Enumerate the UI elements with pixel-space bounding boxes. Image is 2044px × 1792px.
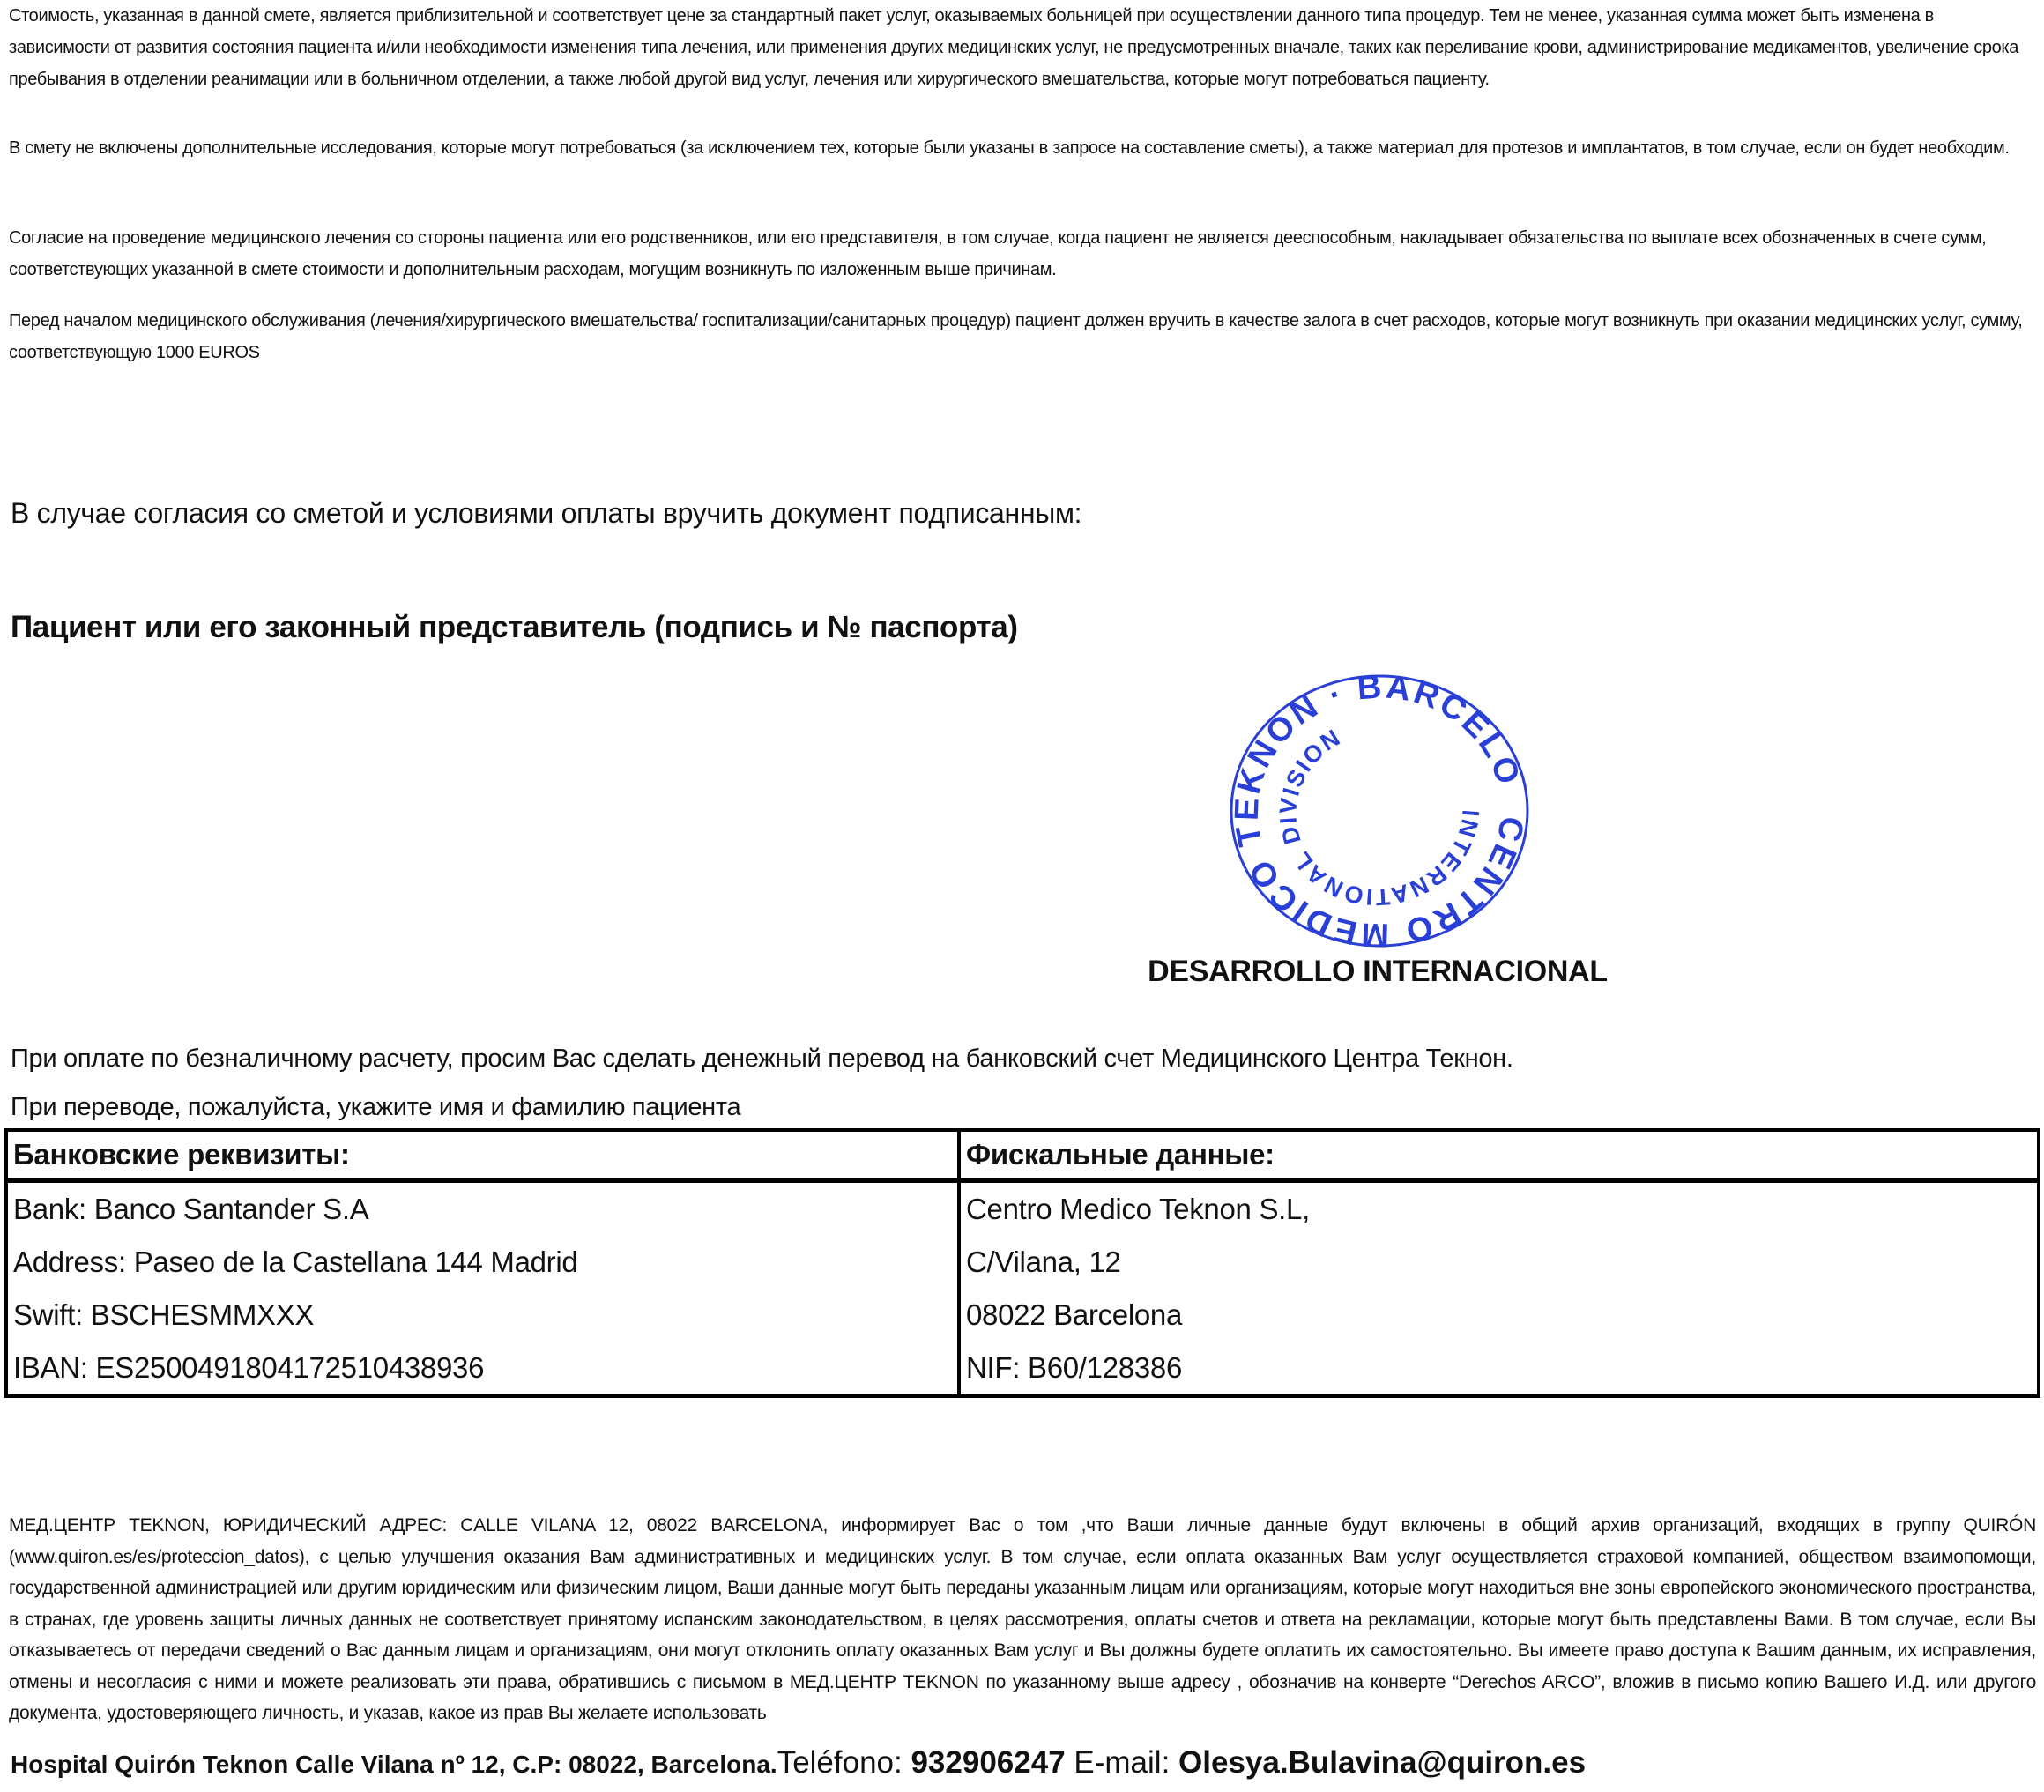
table-header-row: Банковские реквизиты: Фискальные данные:	[6, 1130, 2039, 1180]
paragraph-text: В смету не включены дополнительные иссле…	[9, 132, 2036, 164]
fiscal-data-header: Фискальные данные:	[959, 1130, 2039, 1180]
table-row: Address: Paseo de la Castellana 144 Madr…	[6, 1236, 2039, 1289]
paragraph-text: Перед началом медицинского обслуживания …	[9, 305, 2036, 368]
table-row: Bank: Banco Santander S.A Centro Medico …	[6, 1180, 2039, 1236]
estimate-note-deposit: Перед началом медицинского обслуживания …	[9, 305, 2036, 368]
contact-footer: Hospital Quirón Teknon Calle Vilana nº 1…	[11, 1745, 1586, 1781]
paragraph-text: Согласие на проведение медицинского лече…	[9, 222, 2036, 286]
bank-transfer-note: При оплате по безналичному расчету, прос…	[11, 1043, 1513, 1074]
signer-heading: Пациент или его законный представитель (…	[11, 610, 1018, 645]
bank-name-cell: Bank: Banco Santander S.A	[6, 1180, 959, 1236]
bank-address-cell: Address: Paseo de la Castellana 144 Madr…	[6, 1236, 959, 1289]
company-city-cell: 08022 Barcelona	[959, 1289, 2039, 1342]
phone-label: Teléfono:	[777, 1745, 911, 1780]
company-name-cell: Centro Medico Teknon S.L,	[959, 1180, 2039, 1236]
email-address[interactable]: Olesya.Bulavina@quiron.es	[1178, 1745, 1586, 1780]
company-street-cell: C/Vilana, 12	[959, 1236, 2039, 1289]
bank-details-table: Банковские реквизиты: Фискальные данные:…	[4, 1128, 2040, 1398]
email-label: E-mail:	[1066, 1745, 1178, 1780]
payment-reference-note: При переводе, пожалуйста, укажите имя и …	[11, 1091, 740, 1123]
legal-text: МЕД.ЦЕНТР TEKNON, ЮРИДИЧЕСКИЙ АДРЕС: CAL…	[9, 1510, 2036, 1729]
estimate-note-consent-obligations: Согласие на проведение медицинского лече…	[9, 222, 2036, 286]
data-protection-notice: МЕД.ЦЕНТР TEKNON, ЮРИДИЧЕСКИЙ АДРЕС: CAL…	[9, 1510, 2036, 1729]
hospital-address: Hospital Quirón Teknon Calle Vilana nº 1…	[11, 1751, 777, 1778]
phone-number: 932906247	[911, 1745, 1065, 1780]
paragraph-text: Стоимость, указанная в данной смете, явл…	[9, 0, 2036, 95]
nif-cell: NIF: B60/128386	[959, 1342, 2039, 1396]
estimate-note-exclusions: В смету не включены дополнительные иссле…	[9, 132, 2036, 164]
swift-cell: Swift: BSCHESMMXXX	[6, 1289, 959, 1342]
bank-details-header: Банковские реквизиты:	[6, 1130, 959, 1180]
department-label: DESARROLLO INTERNACIONAL	[1144, 952, 1611, 991]
table-row: IBAN: ES2500491804172510438936 NIF: B60/…	[6, 1342, 2039, 1396]
teknon-stamp-icon: CENTRO MEDICO TEKNON · BARCELONA · INTER…	[1225, 670, 1534, 952]
table-row: Swift: BSCHESMMXXX 08022 Barcelona	[6, 1289, 2039, 1342]
iban-cell: IBAN: ES2500491804172510438936	[6, 1342, 959, 1396]
agreement-instruction: В случае согласия со сметой и условиями …	[11, 495, 1081, 531]
estimate-note-approximate-cost: Стоимость, указанная в данной смете, явл…	[9, 0, 2036, 95]
